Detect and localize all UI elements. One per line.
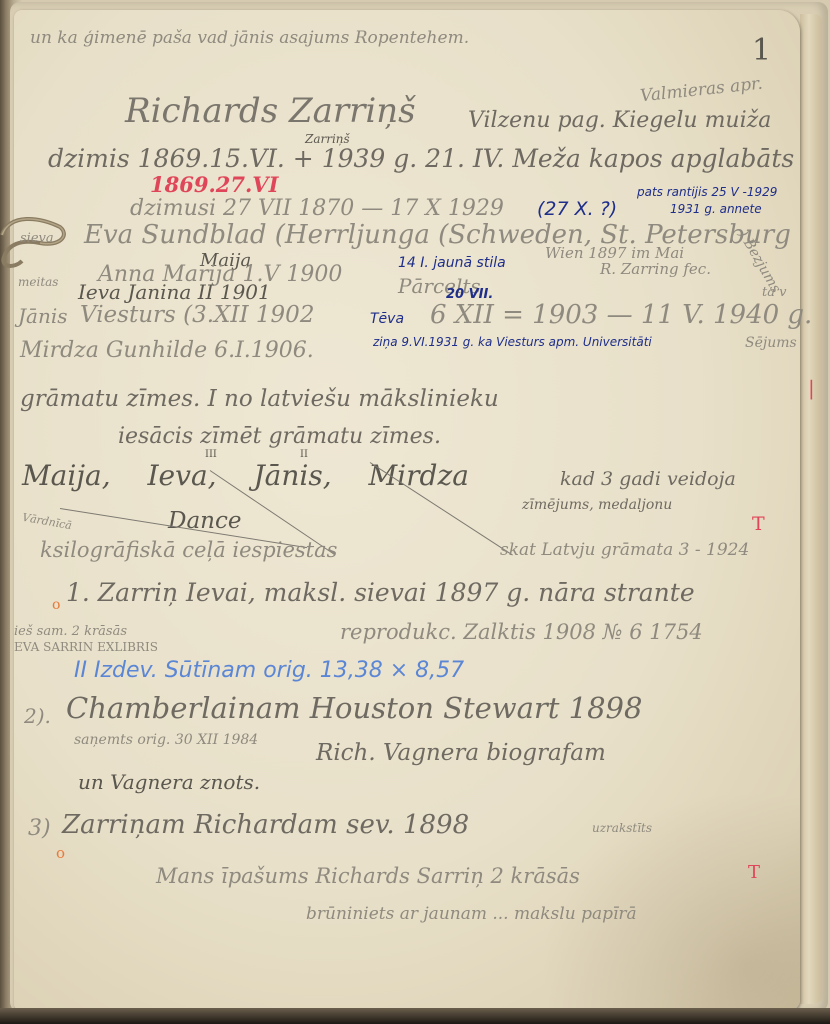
page-number: 1 — [752, 36, 771, 66]
dance-label: Dance — [168, 510, 241, 533]
blue-teva: Tēva — [370, 312, 404, 326]
item1-line: 1. Zarriņ Ievai, maksl. sievai 1897 g. n… — [66, 580, 695, 605]
last-line: brūniniets ar jaunam ... makslu papīrā — [306, 906, 637, 923]
item2-line: Chamberlainam Houston Stewart 1898 — [66, 694, 642, 723]
red-date: 1869.27.VI — [150, 174, 278, 195]
item3-number: 3) — [28, 818, 51, 840]
wife-label: sieva — [20, 232, 54, 245]
item2-line-3: un Vagnera znots. — [78, 772, 260, 792]
wife-name-line: Eva Sundblad (Herrljunga (Schweden, St. … — [84, 222, 791, 248]
repro-line: reprodukc. Zalktis 1908 № 6 1754 — [340, 622, 703, 643]
kids-line: Maija, Ieva, Jānis, Mirdza — [22, 462, 469, 490]
item2-number: 2). — [24, 706, 51, 726]
red-t-mark-2: T — [748, 864, 760, 882]
xilo-ref: skat Latvju grāmata 3 - 1924 — [500, 542, 749, 559]
wife-blue-note-2: 1931 g. annete — [670, 203, 762, 215]
xilo-line: ksilogrāfiskā ceļā iespiestas — [40, 540, 337, 561]
kids-note-2: zīmējums, medaljonu — [522, 498, 672, 512]
ieva-line: Ieva Janina II 1901 — [78, 282, 271, 302]
margin-eva-sarrin: EVA SARRIN EXLIBRIS — [14, 641, 158, 653]
orange-circle-mark-2: o — [56, 846, 65, 861]
janis-dates: 6 XII = 1903 — 11 V. 1940 g. — [430, 302, 812, 328]
mirdza-line: Mirdza Gunhilde 6.I.1906. — [20, 340, 314, 362]
mans-line: Mans īpašums Richards Sarriņ 2 krāsās — [156, 866, 580, 887]
blue-size-line: II Izdev. Sūtīnam orig. 13,38 × 8,57 — [74, 660, 464, 682]
red-t-mark-1: T — [752, 515, 765, 534]
item3-note: uzrakstīts — [592, 822, 652, 834]
blue-14-note: 14 I. jaunā stila — [398, 256, 506, 270]
right-ta-note: ta v — [762, 286, 786, 299]
anna-prefix: meitas — [18, 276, 58, 288]
janis-line: Viesturs (3.XII 1902 — [80, 304, 314, 327]
born-line: dzimis 1869.15.VI. + 1939 g. 21. IV. Mež… — [48, 146, 794, 171]
blue-zina-note: ziņa 9.VI.1931 g. ka Viesturs apm. Unive… — [373, 336, 652, 348]
gramatu-line: grāmatu zīmes. I no latviešu mākslinieku — [20, 388, 499, 411]
wife-wien: Wien 1897 im Mai — [545, 246, 684, 261]
top-note: un ka ģimenē paša vad jānis asajums Rope… — [30, 30, 469, 47]
page-right-edge — [800, 14, 822, 1004]
red-bar-mark: | — [808, 378, 815, 398]
orange-circle-mark-1: o — [52, 598, 60, 612]
kids-note: kad 3 gadi veidoja — [560, 470, 736, 489]
title-name: Richards Zarriņš — [125, 94, 416, 128]
wife-born-line: dzimusi 27 VII 1870 — 17 X 1929 — [130, 198, 504, 220]
right-zinu-note: Sējums — [745, 336, 797, 350]
item2-margin: saņemts orig. 30 XII 1984 — [74, 733, 258, 747]
item3-line: Zarriņam Richardam sev. 1898 — [62, 812, 469, 838]
wife-fec: R. Zarring fec. — [600, 262, 711, 277]
wife-blue-paren: (27 X. ?) — [537, 200, 617, 219]
item2-rest: Rich. Vagnera biografam — [316, 742, 606, 765]
margin-2krasas: ieš sam. 2 krāsās — [14, 625, 127, 638]
janis-prefix: Jānis — [18, 306, 67, 326]
title-place: Vilzenu pag. Kiegelu muiža — [468, 110, 771, 132]
wife-blue-note-1: pats rantijis 25 V -1929 — [637, 186, 777, 198]
page-bottom-edge — [0, 1008, 830, 1024]
iesacis-line: iesācis zīmēt grāmatu zīmes. — [118, 426, 441, 448]
